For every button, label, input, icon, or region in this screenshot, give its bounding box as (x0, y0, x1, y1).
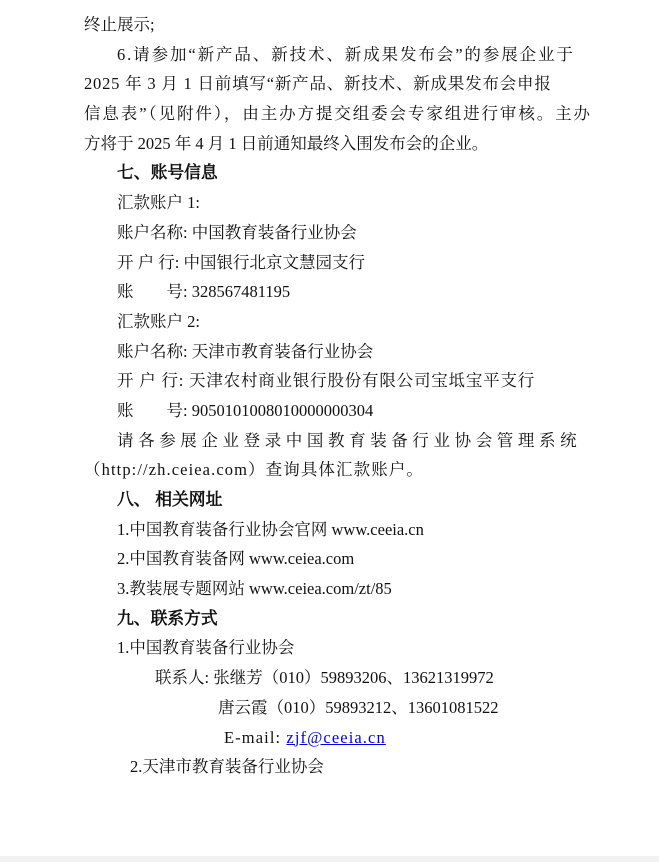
item6-line4: 方将于 2025 年 4 月 1 日前通知最终入围发布会的企业。 (84, 129, 581, 159)
section-7-heading: 七、账号信息 (117, 158, 581, 188)
document-page: 终止展示;6.请参加“新产品、新技术、新成果发布会”的参展企业于2025 年 3… (0, 0, 659, 862)
item6-line1: 6.请参加“新产品、新技术、新成果发布会”的参展企业于 (117, 40, 581, 70)
account1-title: 汇款账户 1: (117, 188, 581, 218)
document-content: 终止展示;6.请参加“新产品、新技术、新成果发布会”的参展企业于2025 年 3… (84, 10, 581, 782)
website-item-3: 3.教装展专题网站 www.ceiea.com/zt/85 (117, 574, 581, 604)
contact-person-2: 唐云霞（010）59893212、13601081522 (218, 693, 581, 723)
paragraph-end-line: 终止展示; (84, 10, 581, 40)
item6-line3: 信息表”（见附件），由主办方提交组委会专家组进行审核。主办 (84, 99, 581, 129)
page-bottom-edge (0, 856, 659, 862)
section-8-heading: 八、 相关网址 (117, 485, 581, 515)
section-9-heading: 九、联系方式 (117, 604, 581, 634)
account1-number: 账 号: 328567481195 (117, 277, 581, 307)
account2-title: 汇款账户 2: (117, 307, 581, 337)
website-item-1: 1.中国教育装备行业协会官网 www.ceeia.cn (117, 515, 581, 545)
account2-name: 账户名称: 天津市教育装备行业协会 (117, 337, 581, 367)
contact-email-line: E-mail: zjf@ceeia.cn (224, 723, 581, 753)
contact-person-1: 联系人: 张继芳（010）59893206、13621319972 (155, 663, 581, 693)
account2-number: 账 号: 9050101008010000000304 (117, 396, 581, 426)
login-note-line1: 请各参展企业登录中国教育装备行业协会管理系统 (117, 426, 581, 456)
contact-org-2: 2.天津市教育装备行业协会 (130, 752, 581, 782)
account2-bank: 开 户 行: 天津农村商业银行股份有限公司宝坻宝平支行 (117, 366, 581, 396)
website-item-2: 2.中国教育装备网 www.ceiea.com (117, 544, 581, 574)
account1-name: 账户名称: 中国教育装备行业协会 (117, 218, 581, 248)
item6-line2: 2025 年 3 月 1 日前填写“新产品、新技术、新成果发布会申报 (84, 69, 581, 99)
login-note-line2: （http://zh.ceiea.com）查询具体汇款账户。 (84, 455, 581, 485)
contact-org-1: 1.中国教育装备行业协会 (117, 633, 581, 663)
email-label: E-mail: (224, 728, 286, 747)
email-link[interactable]: zjf@ceeia.cn (286, 728, 385, 747)
account1-bank: 开 户 行: 中国银行北京文慧园支行 (117, 248, 581, 278)
